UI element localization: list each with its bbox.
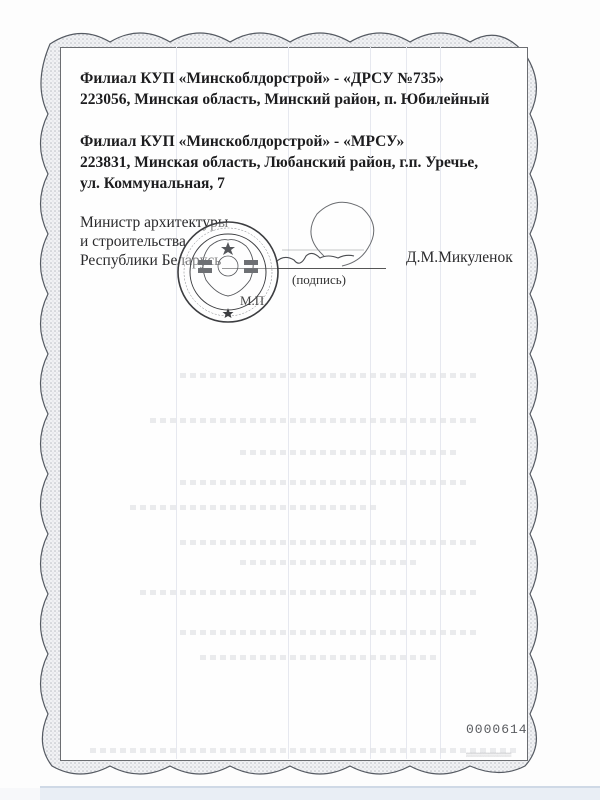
faint-print <box>240 560 420 565</box>
printer-imprint: ▒▒▒▒▒▒▒▒▒▒▒▒▒▒▒▒ <box>466 752 511 757</box>
signature-caption: (подпись) <box>292 272 346 288</box>
addressee-name: Филиал КУП «Минскоблдорстрой» - «ДРСУ №7… <box>80 68 489 89</box>
faint-print <box>180 480 470 485</box>
addressee-name: Филиал КУП «Минскоблдорстрой» - «МРСУ» <box>80 131 478 152</box>
faint-print <box>140 590 480 595</box>
faint-print <box>130 505 380 510</box>
faint-print <box>180 373 480 378</box>
faint-print <box>150 418 480 423</box>
handwritten-signature <box>272 196 382 276</box>
addressee-address: ул. Коммунальная, 7 <box>80 173 478 194</box>
addressee-address: 223831, Минская область, Любанский район… <box>80 152 478 173</box>
faint-print <box>180 540 480 545</box>
seal-mark: М.П. <box>240 293 267 309</box>
scan-edge <box>40 786 600 800</box>
faint-print <box>200 655 440 660</box>
faint-print <box>240 450 460 455</box>
faint-print <box>90 748 520 753</box>
faint-print <box>180 630 480 635</box>
signatory-name: Д.М.Микуленок <box>406 249 513 267</box>
addressee-address: 223056, Минская область, Минский район, … <box>80 89 489 110</box>
addressee-block-1: Филиал КУП «Минскоблдорстрой» - «ДРСУ №7… <box>80 68 489 110</box>
serial-number: 0000614 <box>466 722 528 737</box>
addressee-block-2: Филиал КУП «Минскоблдорстрой» - «МРСУ» 2… <box>80 131 478 194</box>
